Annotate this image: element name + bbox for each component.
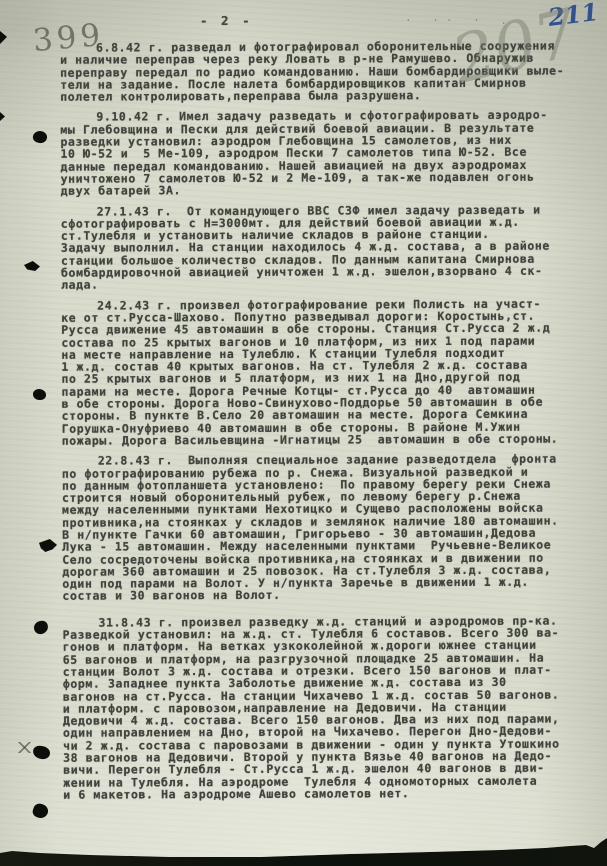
pencil-x-mark xyxy=(18,742,31,753)
report-entry-1942-10-09: 9.10.42 г. Имел задачу разведать и сфото… xyxy=(60,109,607,197)
typewritten-text-block: 6.8.42 г. разведал и фотографировал обор… xyxy=(0,39,607,809)
typed-page-number: - 2 - xyxy=(200,13,253,28)
report-entry-1943-08-22: 22.8.43 г. Выполняя специальное задание … xyxy=(62,453,607,603)
report-entry-1943-01-27: 27.1.43 г. От командующего ВВС СЗФ имел … xyxy=(61,203,607,291)
report-entry-1943-02-24: 24.2.43 г. произвел фотографирование рек… xyxy=(61,297,607,447)
report-entry-1943-08-31: 31.8.43 г. произвел разведку ж.д. станци… xyxy=(63,614,607,801)
ink-blot xyxy=(33,389,46,400)
